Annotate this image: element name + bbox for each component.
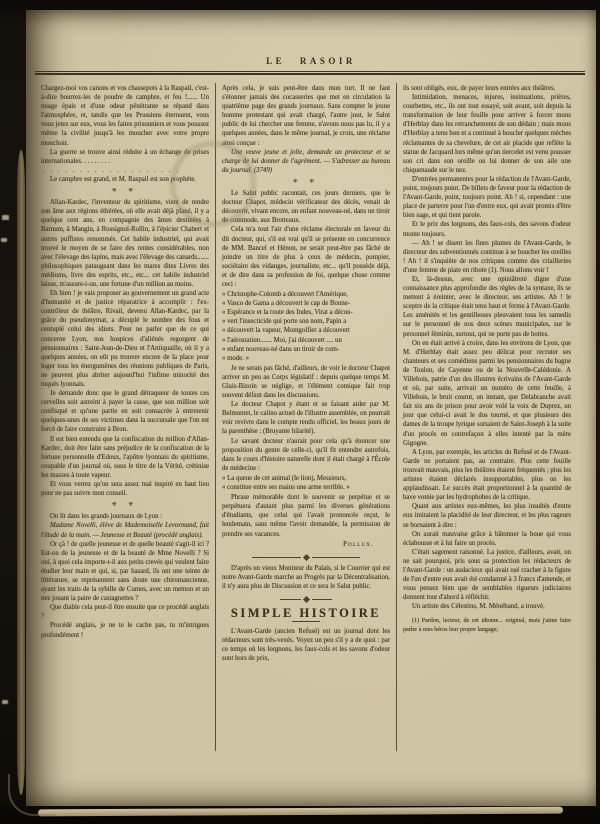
quoted-lines: « La queue de cet animal (le lion), Mess…	[222, 474, 390, 492]
column-right: ils sont obligés, eux, de payer leurs en…	[396, 83, 577, 751]
paragraph: Eh bien ! je vais proposer au gouverneme…	[41, 289, 209, 389]
paragraph: Que diable cela peut-il être ensuite que…	[41, 603, 209, 621]
asterisk-separator-icon: ✳ ✳	[41, 501, 209, 510]
paragraph: Après cela, je suis peut-être dans mon t…	[222, 84, 390, 148]
paragraph: Intimidation, menaces, injures, insinuat…	[403, 93, 571, 175]
paragraph: Phrase mémorable dont le souvenir se per…	[222, 493, 390, 538]
scanned-newspaper-screenshot: { "masthead": { "title": "LE RASOIR" }, …	[0, 0, 600, 824]
masthead-rule	[35, 71, 585, 75]
adjacent-page-text-fragment	[1, 238, 7, 242]
paragraph: Un artiste des Célestins, M. Ménéhand, a…	[403, 602, 571, 611]
newspaper-page: LE RASOIR Chargez-moi vos canons et vos …	[26, 10, 596, 806]
next-page-edge	[38, 807, 563, 817]
quoted-line: « Vasco de Gama a découvert le cap de Bo…	[222, 299, 390, 308]
paragraph: Le savant docteur n'aurait pour cela qu'…	[222, 437, 390, 473]
quoted-line: « vert l'insecticide qui porte son nom, …	[222, 317, 390, 326]
quoted-line: « constitue entre ses mains une arme ter…	[222, 483, 390, 492]
paragraph: Quant aux artistes eux-mêmes, les plus i…	[403, 502, 571, 529]
quoted-line: « Christophe-Colomb a découvert l'Amériq…	[222, 290, 390, 299]
footnote: (1) Pardon, lecteur, de cet idiome... or…	[403, 617, 571, 633]
paragraph: Chargez-moi vos canons et vos chassepots…	[41, 84, 209, 148]
paragraph: Il est bien entendu que la confiscation …	[41, 435, 209, 480]
diamond-rule-icon	[252, 555, 360, 560]
paragraph: Cela m'a tout l'air d'une réclame électo…	[222, 225, 390, 289]
paragraph: Et le prix des lorgnons, des faux-cols, …	[403, 220, 571, 238]
paragraph: Madame Novelli, élève de Mademoiselle Le…	[41, 521, 209, 539]
adjacent-page-text-fragment	[2, 700, 8, 704]
paragraph: Le docteur Chapot y étant et se faisant …	[222, 400, 390, 436]
paragraph: A Lyon, par exemple, les articles du Ref…	[403, 448, 571, 503]
paragraph: On aurait mauvaise grâce à bâtonner la b…	[403, 530, 571, 548]
paragraph: Je demande donc que le grand détraqueur …	[41, 389, 209, 434]
quoted-lines: « Christophe-Colomb a découvert l'Amériq…	[222, 290, 390, 363]
paragraph: Procédé anglais, je ne te le cache pas, …	[41, 621, 209, 639]
paragraph: Je ne serais pas fâché, d'ailleurs, de v…	[222, 364, 390, 400]
paragraph: On lit dans les grands journaux de Lyon …	[41, 512, 209, 521]
quoted-line: « l'aérostation....... Moi, j'ai découve…	[222, 336, 390, 345]
paragraph: Et, là-dessus, avec une opiniâtreté dign…	[403, 275, 571, 339]
paragraph: D'après un vieux Moniteur du Palais, si …	[222, 564, 390, 591]
article-headline: SIMPLE HISTOIRE	[222, 609, 390, 618]
quoted-line: « Espérance et la route des Indes, Virat…	[222, 308, 390, 317]
diamond-icon	[302, 596, 309, 603]
paragraph: Et vous verrez qu'on sera assez mal insp…	[41, 480, 209, 498]
headline-rule	[292, 621, 320, 622]
paragraph: L'Avant-Garde (ancien Refusé) est un jou…	[222, 627, 390, 663]
quoted-line: « La queue de cet animal (le lion), Mess…	[222, 474, 390, 483]
paragraph: On en était arrivé à croire, dans les en…	[403, 339, 571, 448]
quoted-line: « mode. »	[222, 354, 390, 363]
paper-stain	[164, 138, 262, 230]
masthead-title: LE RASOIR	[26, 10, 596, 66]
paragraph: D'entrées permanentes pour la rédaction …	[403, 175, 571, 220]
paragraph: C'était sagement raisonné. La justice, d…	[403, 548, 571, 603]
paragraph: — Ah ! se disent les fines plumes de l'A…	[403, 239, 571, 275]
article-columns: Chargez-moi vos canons et vos chassepots…	[35, 83, 577, 751]
author-signature: Pollux.	[222, 540, 390, 549]
diamond-icon	[302, 554, 309, 561]
quoted-line: « découvert la vapeur, Montgolfier a déc…	[222, 326, 390, 335]
paragraph: ils sont obligés, eux, de payer leurs en…	[403, 84, 571, 93]
diamond-rule-icon	[280, 597, 332, 602]
quoted-line: « enfant nouveau-né dans un tiroir de co…	[222, 345, 390, 354]
paragraph: Or çà ! de quelle jeunesse et de quelle …	[41, 540, 209, 604]
adjacent-page-text-fragment	[2, 215, 9, 220]
previous-page-edge	[17, 150, 25, 795]
